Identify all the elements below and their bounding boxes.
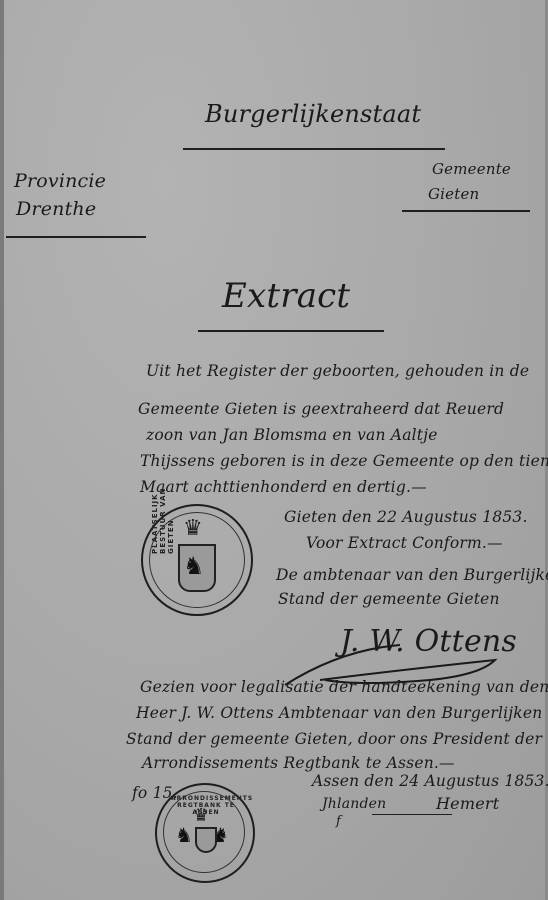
legalisation-line-3: Stand der gemeente Gieten, door ons Pres… xyxy=(126,730,542,748)
municipal-seal: PLAATSELIJK BESTUUR VAN GIETEN ♛ ♞ xyxy=(141,504,253,616)
municipality-underline xyxy=(402,210,530,212)
extract-underline xyxy=(198,330,384,332)
lion-icon: ♞ xyxy=(183,552,205,580)
crown-icon: ♛ xyxy=(183,516,203,541)
official-line-1: De ambtenaar van den Burgerlijke xyxy=(276,566,548,584)
extract-heading: Extract xyxy=(222,276,350,316)
court-seal: ARRONDISSEMENTS REGTBANK TE ASSEN ♛ ♞ ♞ xyxy=(155,783,255,883)
body-line-3: zoon van Jan Blomsma en van Aaltje xyxy=(146,426,438,444)
conformity-statement: Voor Extract Conform.— xyxy=(306,534,503,552)
title-underline xyxy=(183,148,445,150)
page-edge-left xyxy=(0,0,4,900)
body-line-5: Maart achttienhonderd en dertig.— xyxy=(140,478,427,496)
signature-underline xyxy=(372,814,452,815)
province-label: Provincie xyxy=(14,170,106,192)
body-line-4: Thijssens geboren is in deze Gemeente op… xyxy=(140,452,548,470)
body-line-2: Gemeente Gieten is geextraheerd dat Reue… xyxy=(138,400,504,418)
crown-icon: ♛ xyxy=(193,805,209,826)
legalisation-place-date: Assen den 24 Augustus 1853. xyxy=(312,772,548,790)
legalisation-line-2: Heer J. W. Ottens Ambtenaar van den Burg… xyxy=(136,704,542,722)
lion-supporter-left-icon: ♞ xyxy=(175,823,193,847)
municipality-value: Gieten xyxy=(428,185,479,203)
legalisation-mark: f xyxy=(336,814,341,829)
province-underline xyxy=(6,236,146,238)
document-title: Burgerlijkenstaat xyxy=(205,100,421,128)
document-scan: Burgerlijkenstaat Provincie Drenthe Geme… xyxy=(0,0,548,900)
shield-icon xyxy=(195,827,217,853)
legalisation-signature-right: Hemert xyxy=(436,794,499,813)
issue-place-date: Gieten den 22 Augustus 1853. xyxy=(284,508,528,526)
official-line-2: Stand der gemeente Gieten xyxy=(278,590,500,608)
seal-text: PLAATSELIJK BESTUUR VAN GIETEN xyxy=(151,474,175,554)
body-line-1: Uit het Register der geboorten, gehouden… xyxy=(146,362,529,380)
legalisation-line-4: Arrondissements Regtbank te Assen.— xyxy=(142,754,455,772)
province-value: Drenthe xyxy=(16,198,96,220)
legalisation-signature-left: Jhlanden xyxy=(322,796,386,812)
municipality-label: Gemeente xyxy=(432,160,511,178)
legalisation-line-1: Gezien voor legalisatie der handteekenin… xyxy=(140,678,548,696)
